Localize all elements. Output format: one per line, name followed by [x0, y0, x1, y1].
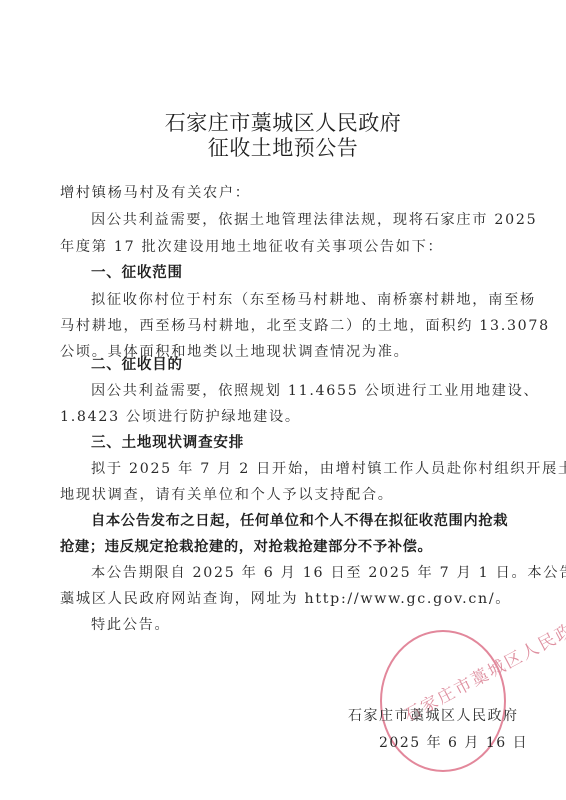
- section-line: 因公共利益需要，依照规划 11.4655 公顷进行工业用地建设、: [91, 381, 516, 401]
- signature-date: 2025 年 6 月 16 日: [379, 732, 528, 752]
- section-line: 拟征收你村位于村东（东至杨马村耕地、南桥寨村耕地，南至杨: [91, 290, 516, 310]
- intro-line: 因公共利益需要，依据土地管理法律法规，现将石家庄市 2025: [91, 210, 516, 230]
- intro-line: 年度第 17 批次建设用地土地征收有关事项公告如下：: [60, 237, 516, 257]
- warning-line: 抢建；违反规定抢栽抢建的，对抢栽抢建部分不予补偿。: [60, 537, 516, 557]
- section-heading-purpose: 二、征收目的: [91, 355, 516, 375]
- section-heading-survey: 三、土地现状调查安排: [91, 433, 516, 453]
- section-line: 地现状调查，请有关单位和个人予以支持配合。: [60, 485, 516, 505]
- salutation: 增村镇杨马村及有关农户：: [60, 183, 516, 203]
- signature-organization: 石家庄市藁城区人民政府: [348, 705, 519, 725]
- section-line: 马村耕地，西至杨马村耕地，北至支路二）的土地，面积约 13.3078: [60, 316, 516, 336]
- warning-line: 自本公告发布之日起，任何单位和个人不得在拟征收范围内抢栽: [91, 511, 516, 531]
- section-line: 1.8423 公顷进行防护绿地建设。: [60, 407, 516, 427]
- section-line: 拟于 2025 年 7 月 2 日开始，由增村镇工作人员赴你村组织开展土: [91, 459, 516, 479]
- validity-line: 藁城区人民政府网站查询，网址为 http://www.gc.gov.cn/。: [60, 589, 516, 609]
- section-heading-scope: 一、征收范围: [91, 263, 516, 283]
- validity-line: 本公告期限自 2025 年 6 月 16 日至 2025 年 7 月 1 日。本…: [91, 563, 516, 583]
- document-title-subject: 征收土地预公告: [0, 132, 566, 162]
